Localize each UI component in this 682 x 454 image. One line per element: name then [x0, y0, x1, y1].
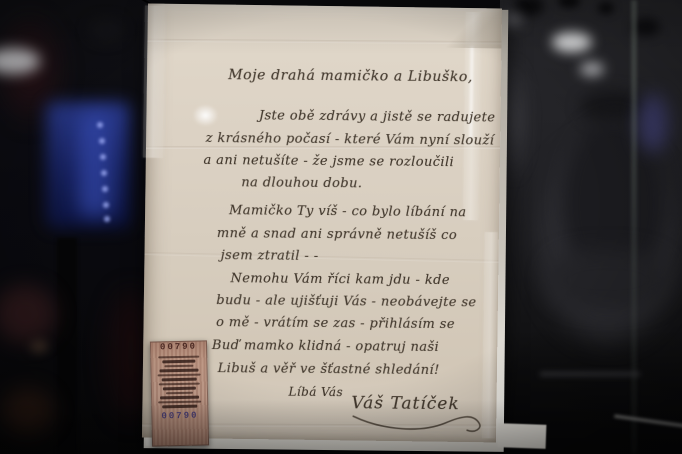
track-light-fixture	[558, 0, 580, 8]
exhibit-reflection-dot	[30, 340, 48, 353]
mat-bottom-right-corner	[498, 423, 547, 449]
exhibit-reflection-blob	[0, 285, 56, 343]
panel-light-dot	[100, 154, 106, 160]
letter-line: Libuš a věř ve šťastné shledání!	[218, 361, 440, 378]
letter-line: Nemohu Vám říci kam jdu - kde	[230, 271, 450, 288]
signature-flourish	[349, 410, 485, 437]
panel-light-dot	[103, 202, 109, 208]
letter-line: Mamičko Ty víš - co bylo líbání na	[229, 203, 467, 220]
panel-light-dot	[101, 170, 107, 176]
letter-line: mně a snad ani správně netušíš co	[217, 226, 457, 243]
background-shelf-edge	[540, 372, 640, 376]
letter-line: na dlouhou dobu.	[241, 175, 362, 191]
museum-room-background	[500, 0, 682, 454]
blue-panel-glow	[78, 112, 112, 216]
panel-light-dot	[104, 216, 110, 222]
letter-line: budu - ale ujišťuji Vás - neobávejte se	[216, 293, 476, 310]
archival-ticket-stub: 00790 00790	[150, 340, 209, 446]
exhibit-reflection-blob	[2, 388, 54, 434]
spotlight-glow	[552, 32, 592, 52]
vitrine-glass-edge	[631, 0, 637, 454]
letter-line: o mě - vrátím se zas - přihlásím se	[216, 315, 455, 332]
ticket-serial-number-bottom: 00790	[152, 410, 207, 422]
letter-closing: Líbá Vás	[288, 385, 343, 399]
track-light-fixture	[598, 2, 614, 14]
letter-line: Jste obě zdrávy a jistě se radujete	[259, 108, 496, 125]
panel-light-dot	[102, 186, 108, 192]
museum-display-photo: Moje drahá mamičko a Libuško, Jste obě z…	[0, 0, 682, 454]
letter-line: z krásného počasí - které Vám nyní slouž…	[206, 131, 495, 149]
purple-light-blob	[638, 94, 668, 152]
display-case-left-background	[0, 0, 150, 454]
display-case-frame-bar	[57, 238, 77, 454]
panel-light-dot	[99, 138, 105, 144]
letter-line: jsem ztratil - -	[221, 248, 319, 264]
silhouette-arm	[548, 250, 668, 310]
ticket-fine-print	[151, 352, 207, 411]
panel-light-dot	[97, 122, 103, 128]
dark-fixture-blob	[88, 18, 124, 42]
letter-line: a ani netušíte - že jsme se rozloučili	[203, 153, 454, 170]
track-light-fixture	[514, 0, 544, 16]
letter-line: Buď mamko klidná - opatruj naši	[212, 338, 439, 355]
letter-salutation: Moje drahá mamičko a Libuško,	[228, 67, 473, 85]
spotlight-glow	[580, 62, 604, 76]
